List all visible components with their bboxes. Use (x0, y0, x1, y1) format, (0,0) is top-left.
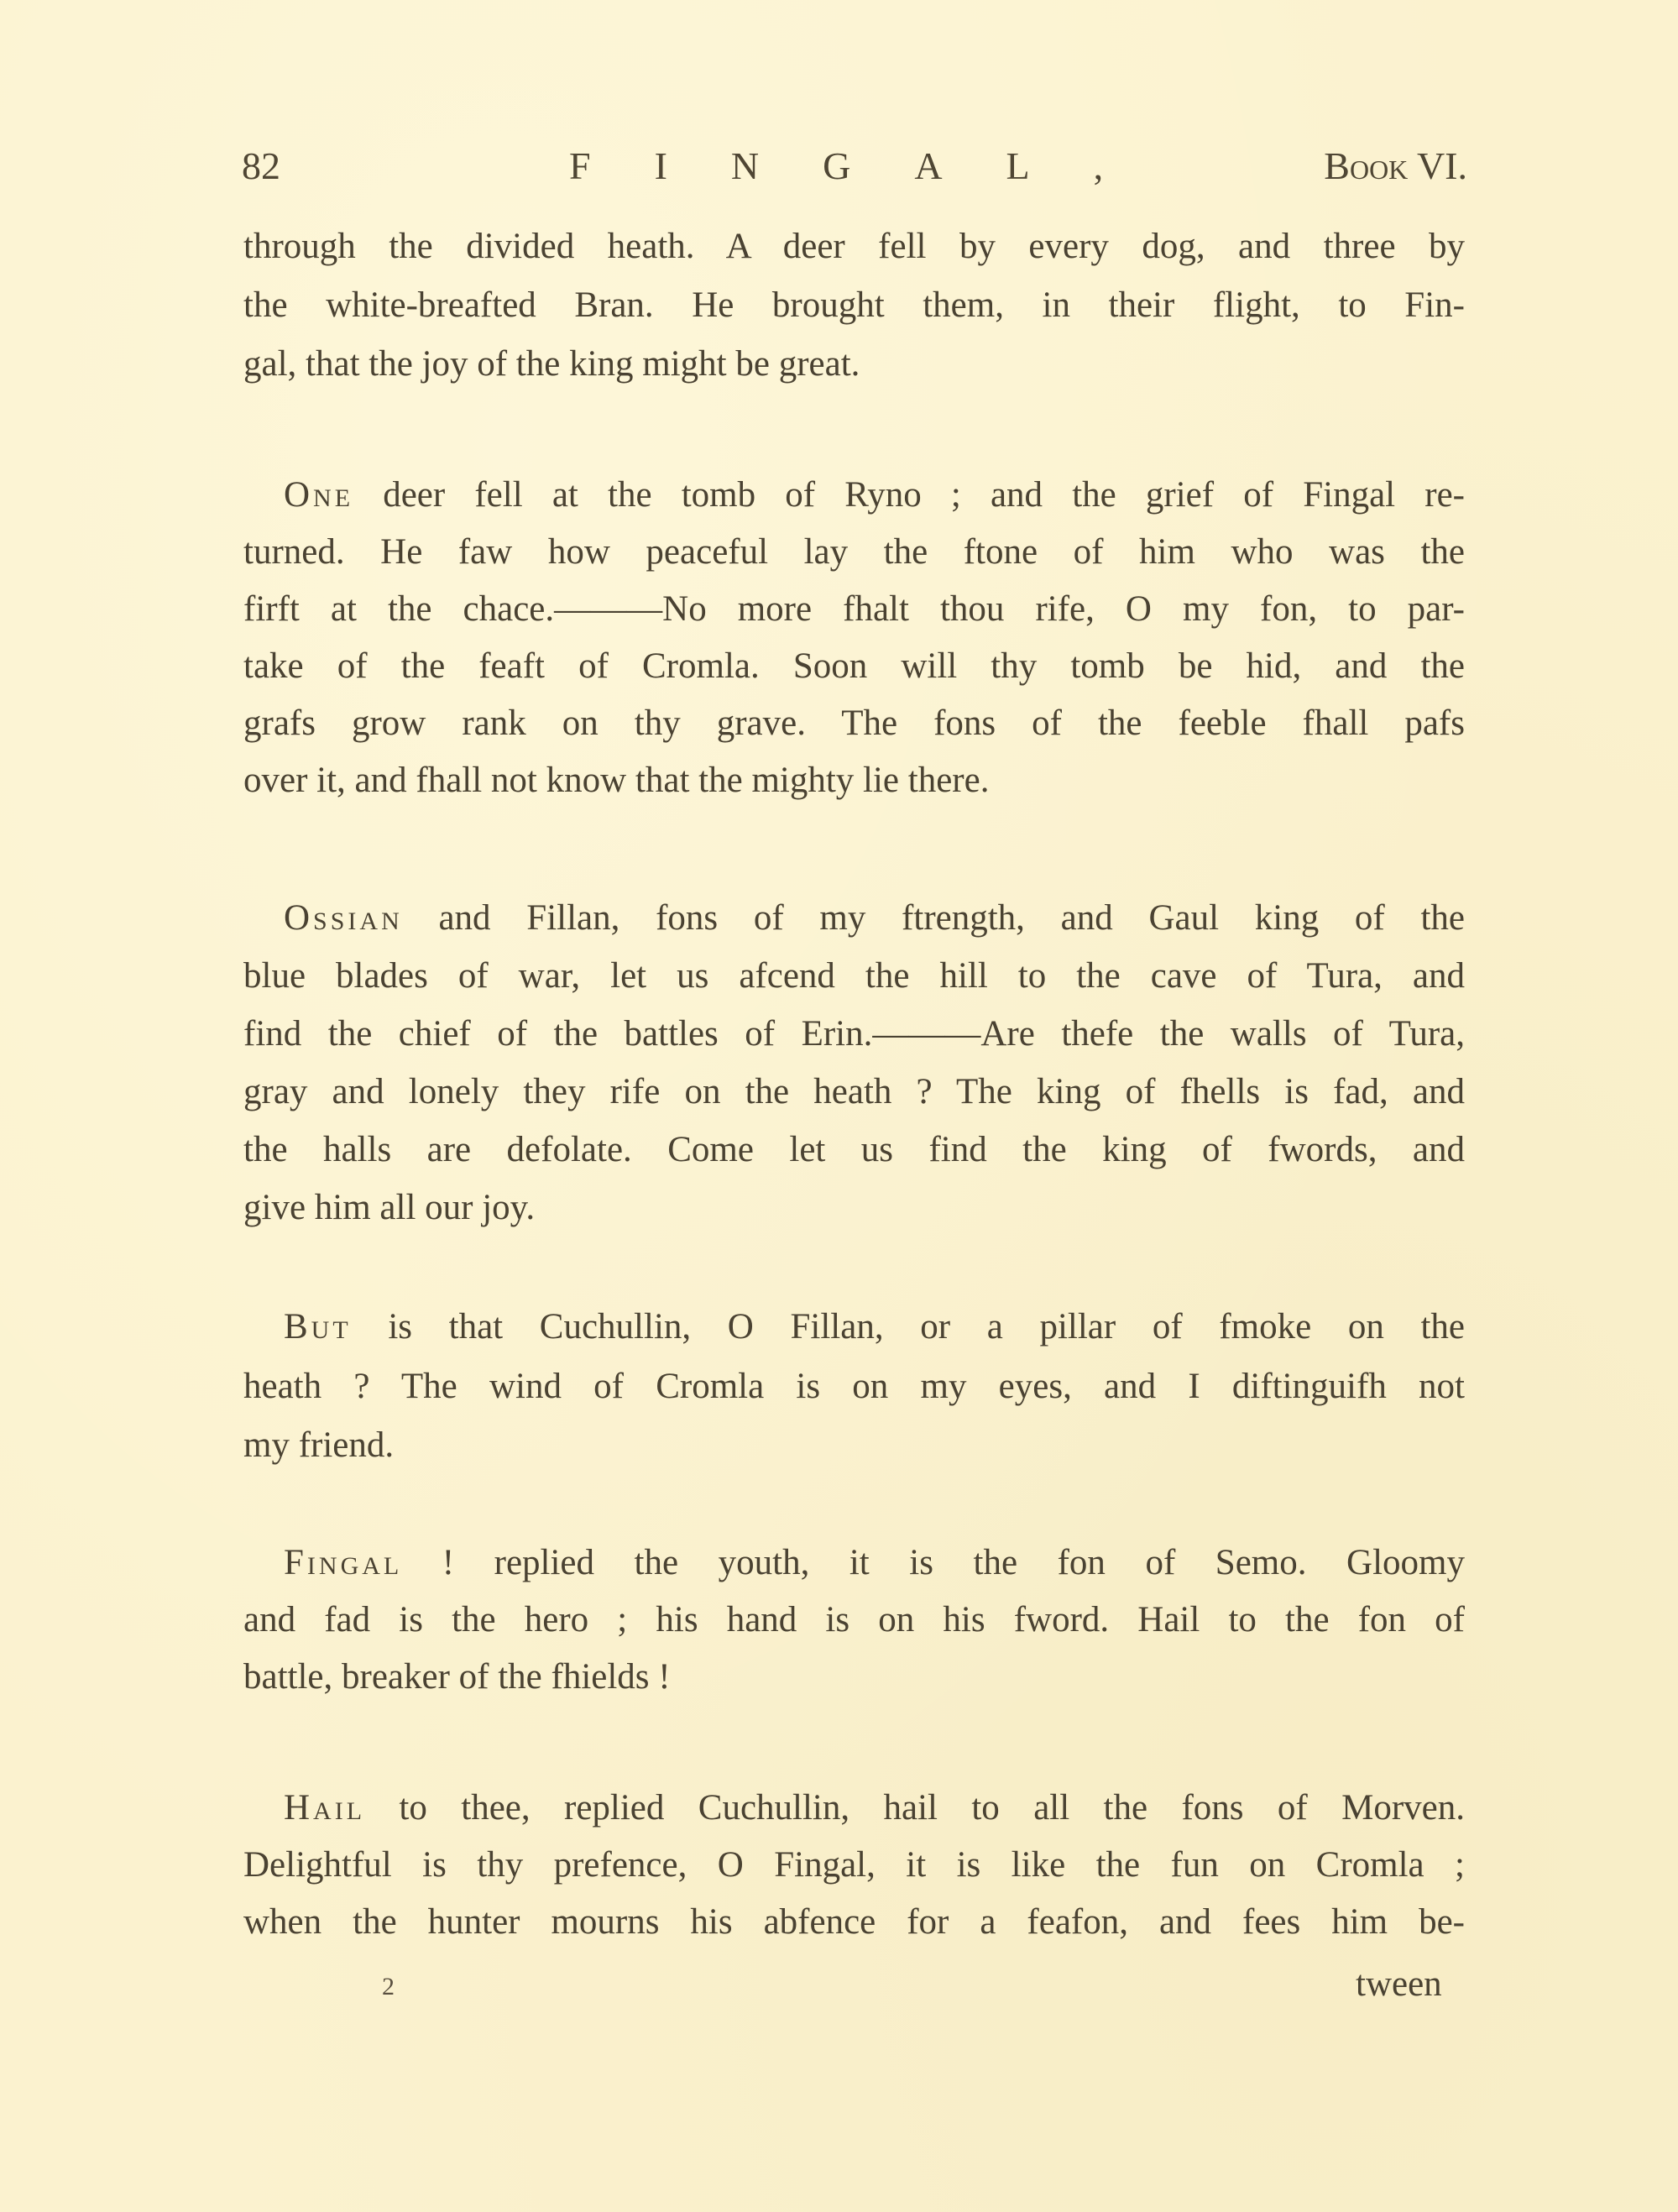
text-line: grafs grow rank on thy grave. The fons o… (243, 700, 1465, 747)
text-line: find the chief of the battles of Erin.——… (243, 1011, 1465, 1058)
text-line: Fingal ! replied the youth, it is the fo… (284, 1540, 1465, 1587)
text-line: when the hunter mourns his abfence for a… (243, 1899, 1465, 1946)
text-line: and fad is the hero ; his hand is on his… (243, 1597, 1465, 1644)
text-line: firft at the chace.———No more fhalt thou… (243, 586, 1465, 633)
text-line: my friend. (243, 1422, 1465, 1469)
running-head: 82 FINGAL, Book VI. (242, 141, 1467, 191)
text-line: heath ? The wind of Cromla is on my eyes… (243, 1363, 1465, 1410)
paragraph-lead: One (284, 475, 353, 515)
text-line: blue blades of war, let us afcend the hi… (243, 953, 1465, 1000)
running-title: FINGAL, (569, 141, 1167, 191)
text-line: But is that Cuchullin, O Fillan, or a pi… (284, 1304, 1465, 1351)
paragraph-lead: Ossian (284, 898, 403, 938)
text-line: the halls are defolate. Come let us find… (243, 1127, 1465, 1174)
text-line: gal, that the joy of the king might be g… (243, 341, 1465, 388)
text-line: turned. He faw how peaceful lay the fton… (243, 529, 1465, 576)
text-line: gray and lonely they rife on the heath ?… (243, 1069, 1465, 1116)
text-line: Delightful is thy prefence, O Fingal, it… (243, 1842, 1465, 1889)
text-line: One deer fell at the tomb of Ryno ; and … (284, 472, 1465, 519)
text-line: over it, and fhall not know that the mig… (243, 757, 1465, 804)
text-line: battle, breaker of the fhields ! (243, 1654, 1465, 1701)
signature-mark: 2 (382, 1970, 395, 2004)
text-line: give him all our joy. (243, 1184, 1465, 1232)
paragraph-lead: But (284, 1307, 352, 1347)
catchword: tween (1356, 1961, 1442, 2008)
text-line: Ossian and Fillan, fons of my ftrength, … (284, 895, 1465, 942)
page-number: 82 (242, 141, 280, 191)
text-line: take of the feaft of Cromla. Soon will t… (243, 643, 1465, 690)
book-page: 82 FINGAL, Book VI. through the divided … (0, 0, 1678, 2212)
book-number: Book VI. (1324, 141, 1467, 191)
text-line: through the divided heath. A deer fell b… (243, 223, 1465, 270)
paragraph-lead: Hail (284, 1788, 365, 1828)
text-line: the white-breafted Bran. He brought them… (243, 282, 1465, 329)
text-line: Hail to thee, replied Cuchullin, hail to… (284, 1785, 1465, 1832)
paragraph-lead: Fingal (284, 1543, 402, 1582)
